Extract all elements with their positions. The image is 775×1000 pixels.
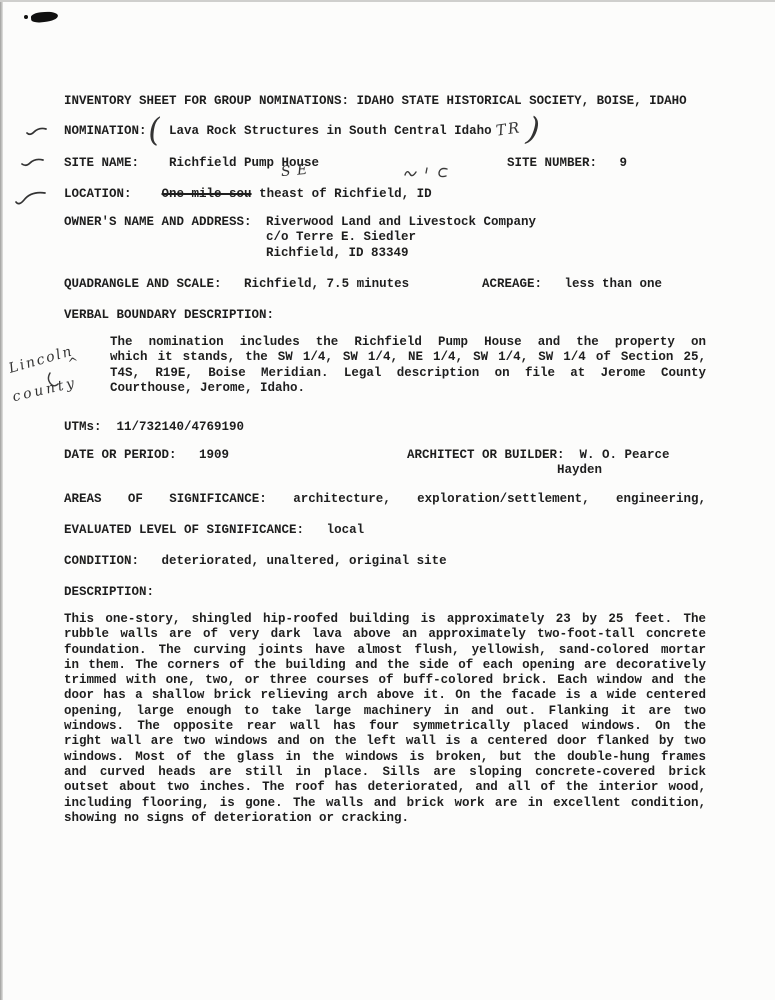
quadrangle-value: Richfield, 7.5 minutes bbox=[244, 277, 409, 291]
site-name-label: SITE NAME: bbox=[64, 156, 139, 170]
evaluated-value: local bbox=[327, 523, 365, 537]
paragraph-line: The nomination includes the Richfield Pu… bbox=[110, 335, 706, 350]
field-location: LOCATION: One mile sou theast of Richfie… bbox=[64, 187, 432, 202]
location-label: LOCATION: bbox=[64, 187, 132, 201]
field-owner: OWNER'S NAME AND ADDRESS: Riverwood Land… bbox=[64, 215, 252, 230]
page-scan-edge-top bbox=[0, 0, 775, 2]
field-quadrangle: QUADRANGLE AND SCALE: Richfield, 7.5 min… bbox=[64, 277, 764, 292]
paragraph-line: windows. The opposite rear wall has four… bbox=[64, 719, 706, 734]
field-evaluated-level: EVALUATED LEVEL OF SIGNIFICANCE: local bbox=[64, 523, 364, 538]
condition-value: deteriorated, unaltered, original site bbox=[162, 554, 447, 568]
field-site-number: SITE NUMBER: 9 bbox=[507, 156, 627, 171]
page-scan-edge-left bbox=[0, 0, 3, 1000]
ink-blob-mark bbox=[31, 11, 59, 23]
utms-value: 11/732140/4769190 bbox=[117, 420, 245, 434]
verbal-boundary-paragraph: The nomination includes the Richfield Pu… bbox=[110, 335, 706, 396]
field-date-or-period: DATE OR PERIOD: 1909 ARCHITECT OR BUILDE… bbox=[64, 448, 764, 463]
handwritten-se-note: S E bbox=[280, 163, 308, 181]
paragraph-line: which it stands, the SW 1/4, SW 1/4, NE … bbox=[110, 350, 706, 365]
verbal-boundary-label: VERBAL BOUNDARY DESCRIPTION: bbox=[64, 308, 274, 323]
handwritten-tr-note: TR bbox=[495, 120, 522, 139]
utms-label: UTMs: bbox=[64, 420, 102, 434]
location-struck-text: One mile sou bbox=[162, 187, 252, 201]
site-number-value: 9 bbox=[620, 156, 628, 170]
quadrangle-label: QUADRANGLE AND SCALE: bbox=[64, 277, 222, 291]
evaluated-label: EVALUATED LEVEL OF SIGNIFICANCE: bbox=[64, 523, 304, 537]
field-architect: ARCHITECT OR BUILDER: W. O. Pearce bbox=[407, 448, 670, 463]
acreage-label: ACREAGE: bbox=[482, 277, 542, 291]
condition-label: CONDITION: bbox=[64, 554, 139, 568]
description-label-text: DESCRIPTION: bbox=[64, 585, 154, 599]
date-value: 1909 bbox=[199, 448, 229, 462]
handwritten-caret-mark: ^ bbox=[67, 355, 80, 372]
areas-line: AREAS OF SIGNIFICANCE: architecture, exp… bbox=[64, 492, 706, 507]
handwritten-open-paren: ( bbox=[147, 114, 162, 147]
date-label: DATE OR PERIOD: bbox=[64, 448, 177, 462]
paragraph-line: in them. The corners of the building and… bbox=[64, 658, 706, 673]
handwritten-close-paren: ) bbox=[525, 112, 541, 145]
nomination-value: Lava Rock Structures in South Central Id… bbox=[169, 124, 492, 138]
architect-value-line2: Hayden bbox=[557, 463, 602, 478]
paragraph-line: windows. Most of the glass in the window… bbox=[64, 750, 706, 765]
paragraph-line: T4S, R19E, Boise Meridian. Legal descrip… bbox=[110, 366, 706, 381]
handwritten-checkmark-icon bbox=[26, 123, 48, 137]
scanned-document-page: INVENTORY SHEET FOR GROUP NOMINATIONS: I… bbox=[0, 0, 775, 1000]
ink-dot-mark bbox=[24, 15, 28, 19]
nomination-label: NOMINATION: bbox=[64, 124, 147, 138]
paragraph-line: door has a shallow brick relieving arch … bbox=[64, 688, 706, 703]
paragraph-line: foundation. The curving joints have almo… bbox=[64, 643, 706, 658]
document-title: INVENTORY SHEET FOR GROUP NOMINATIONS: I… bbox=[64, 94, 687, 109]
description-label: DESCRIPTION: bbox=[64, 585, 154, 600]
verbal-boundary-label-text: VERBAL BOUNDARY DESCRIPTION: bbox=[64, 308, 274, 322]
architect-second-name: Hayden bbox=[557, 463, 602, 477]
illegible-scribble-icon bbox=[403, 166, 451, 180]
handwritten-checkmark-icon bbox=[15, 186, 47, 206]
site-number-label: SITE NUMBER: bbox=[507, 156, 597, 170]
acreage-value: less than one bbox=[565, 277, 663, 291]
paragraph-line: trimmed with one, two, or three courses … bbox=[64, 673, 706, 688]
architect-label: ARCHITECT OR BUILDER: bbox=[407, 448, 565, 462]
field-utms: UTMs: 11/732140/4769190 bbox=[64, 420, 244, 435]
description-paragraph: This one-story, shingled hip-roofed buil… bbox=[64, 612, 706, 826]
paragraph-line: showing no signs of deterioration or cra… bbox=[64, 811, 706, 826]
owner-value: Riverwood Land and Livestock Company c/o… bbox=[266, 215, 536, 261]
paragraph-line: outset about two inches. The roof has de… bbox=[64, 780, 706, 795]
paragraph-line: including flooring, is gone. The walls a… bbox=[64, 796, 706, 811]
document-title-text: INVENTORY SHEET FOR GROUP NOMINATIONS: I… bbox=[64, 94, 687, 108]
paragraph-line: right wall are two windows and on the le… bbox=[64, 734, 706, 749]
areas-label: AREAS OF SIGNIFICANCE: bbox=[64, 492, 267, 506]
paragraph-line: This one-story, shingled hip-roofed buil… bbox=[64, 612, 706, 627]
field-areas-of-significance: AREAS OF SIGNIFICANCE: architecture, exp… bbox=[64, 492, 706, 507]
paragraph-line: Courthouse, Jerome, Idaho. bbox=[110, 381, 706, 396]
areas-value: architecture, exploration/settlement, en… bbox=[293, 492, 706, 506]
paragraph-line: and curved heads are still in place. Sil… bbox=[64, 765, 706, 780]
owner-label: OWNER'S NAME AND ADDRESS: bbox=[64, 215, 252, 229]
paragraph-line: opening, large enough to take large mach… bbox=[64, 704, 706, 719]
location-value: theast of Richfield, ID bbox=[259, 187, 432, 201]
field-condition: CONDITION: deteriorated, unaltered, orig… bbox=[64, 554, 447, 569]
field-acreage: ACREAGE: less than one bbox=[482, 277, 662, 292]
handwritten-checkmark-icon bbox=[21, 154, 45, 168]
paragraph-line: rubble walls are of very dark lava above… bbox=[64, 627, 706, 642]
field-nomination: NOMINATION: Lava Rock Structures in Sout… bbox=[64, 124, 492, 139]
architect-value: W. O. Pearce bbox=[580, 448, 670, 462]
